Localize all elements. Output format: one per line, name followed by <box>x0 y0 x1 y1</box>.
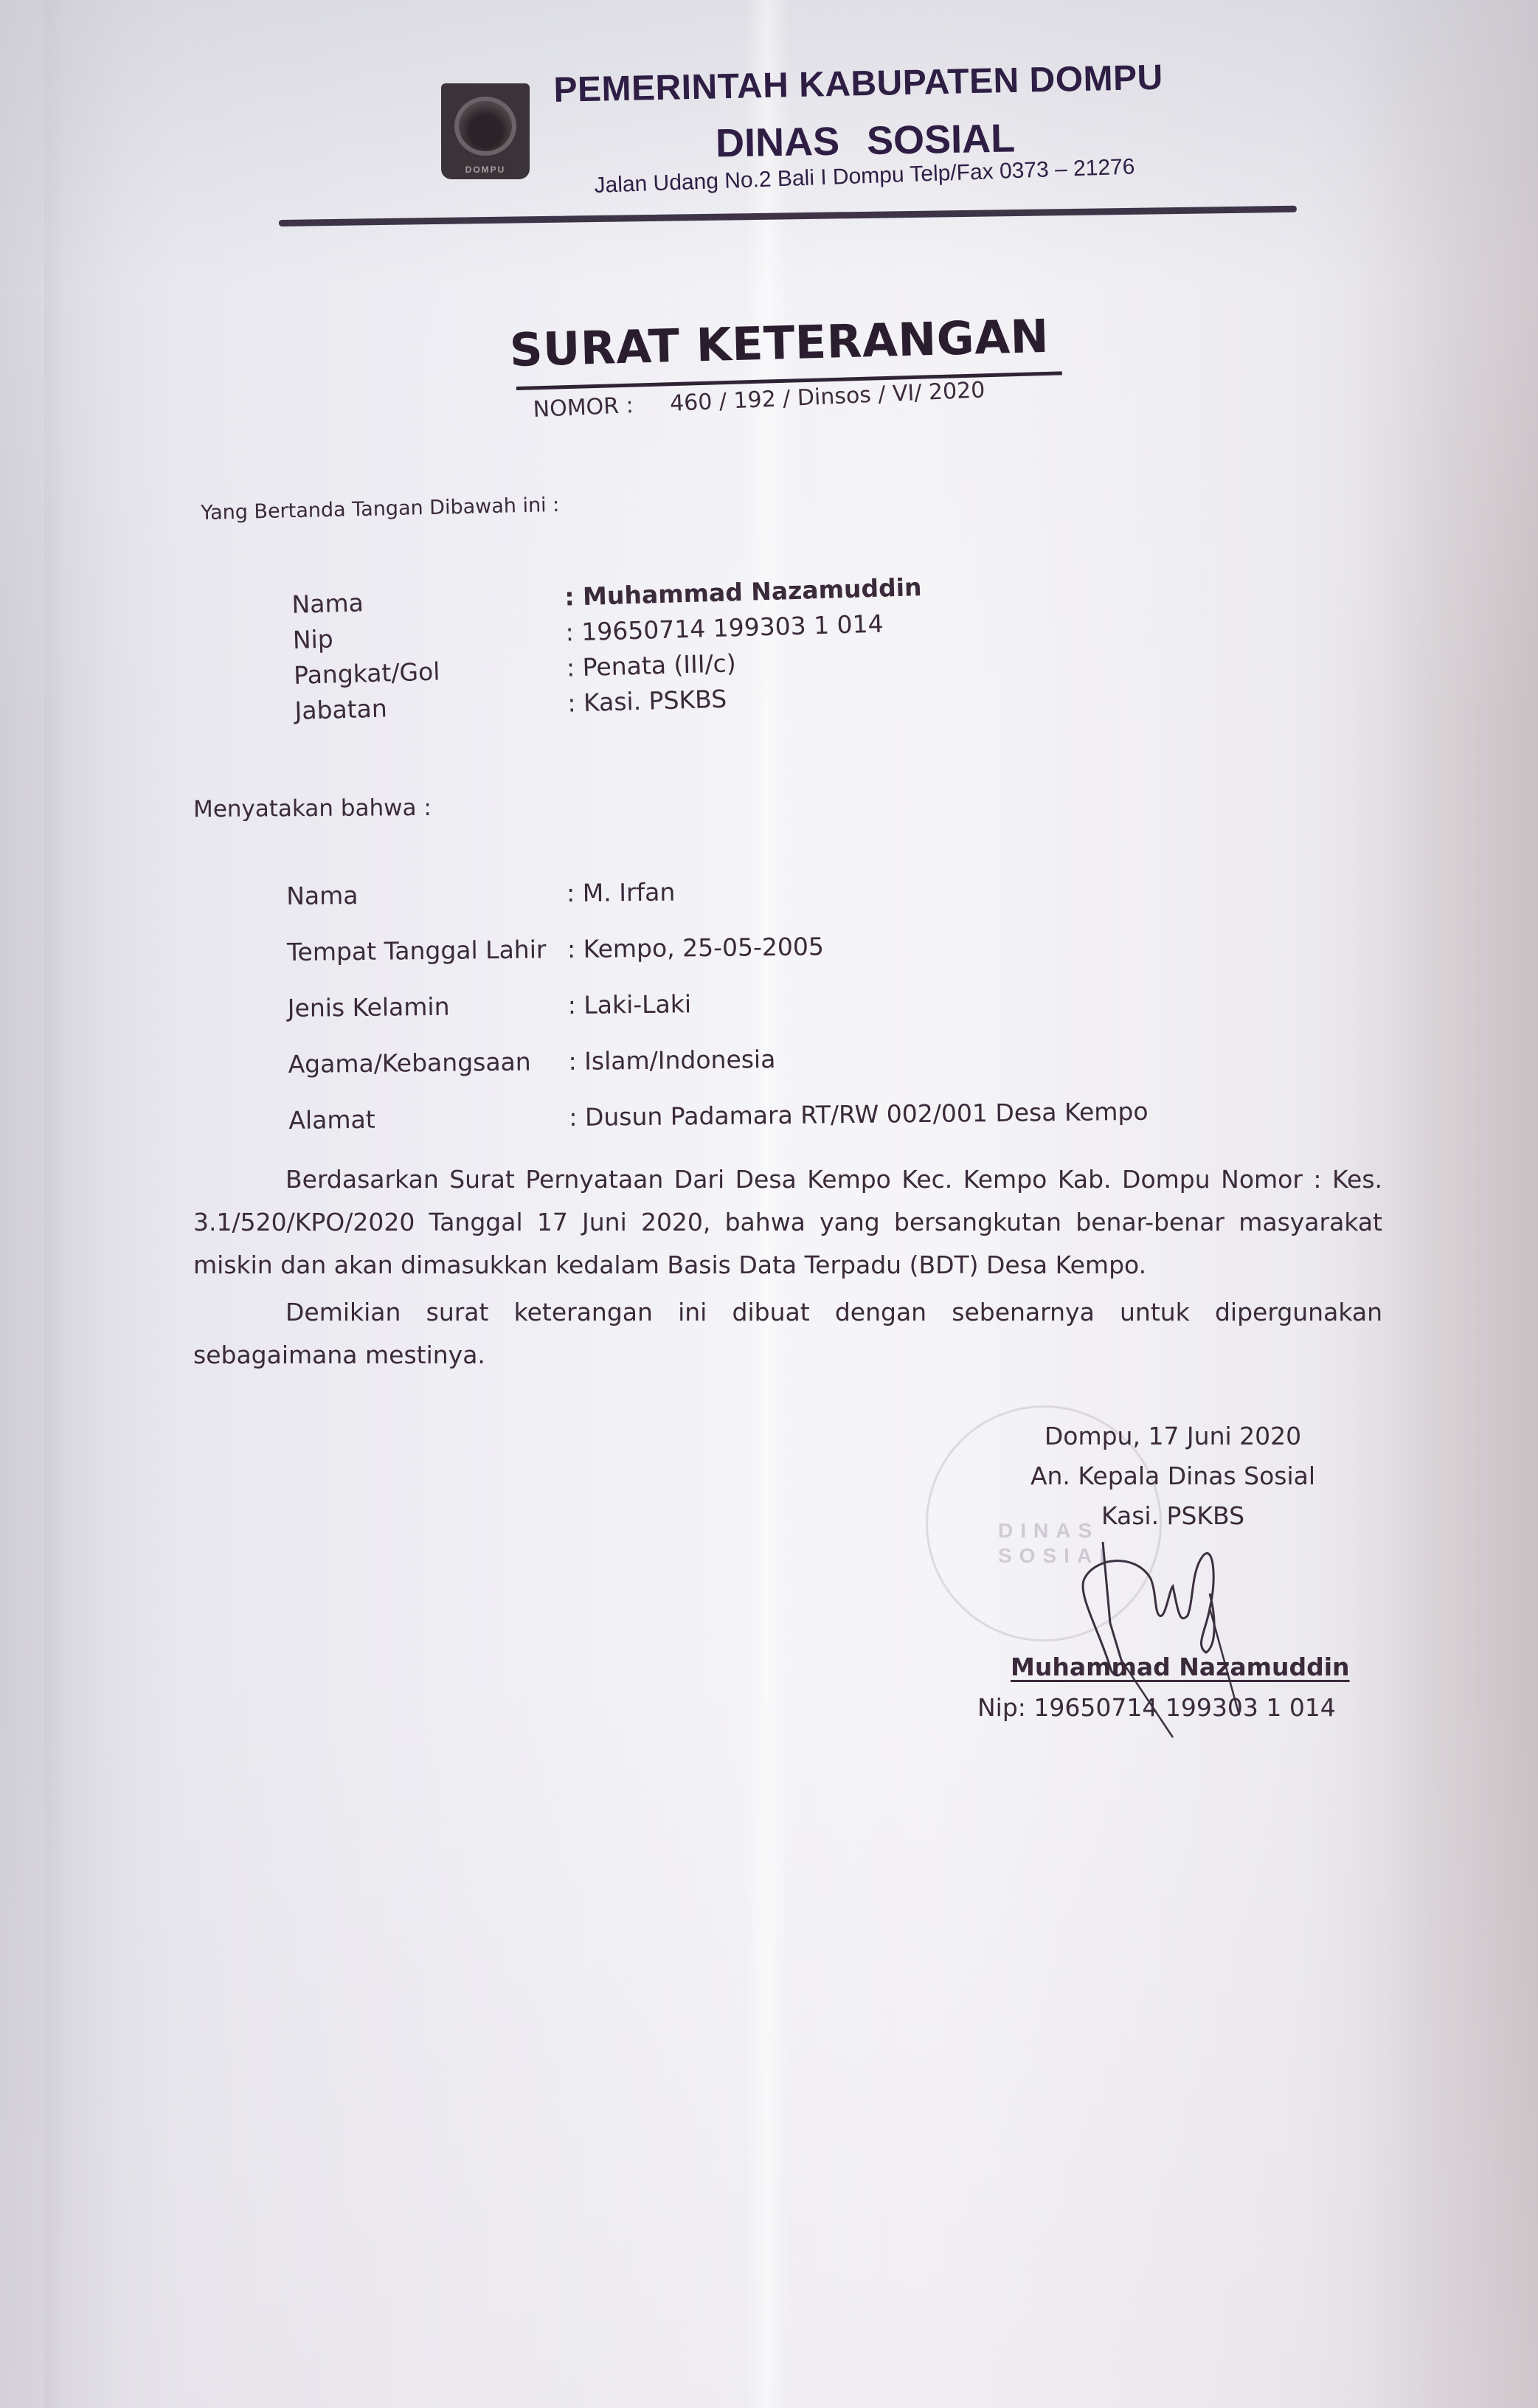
paper-fold <box>44 0 66 2408</box>
subject-row-name: Nama: M. Irfan <box>286 873 1146 938</box>
basis-paragraph: Berdasarkan Surat Pernyataan Dari Desa K… <box>193 1158 1382 1287</box>
field-value: : Islam/Indonesia <box>568 1045 775 1076</box>
subject-details: Nama: M. Irfan Tempat Tanggal Lahir: Kem… <box>286 873 1149 1162</box>
signer-nip: Nip: 19650714 199303 1 014 <box>977 1693 1336 1722</box>
office-name: DINAS SOSIAL <box>715 115 1015 166</box>
field-label: Nama <box>286 879 567 910</box>
signer-name: Muhammad Nazamuddin <box>1011 1653 1350 1681</box>
letterhead: DOMPU PEMERINTAH KABUPATEN DOMPU DINAS S… <box>435 70 1320 255</box>
signatory-details: Nama: Muhammad Nazamuddin Nip: 19650714 … <box>291 572 925 732</box>
place-date: Dompu, 17 Juni 2020 <box>966 1416 1379 1456</box>
field-value: : Kempo, 25-05-2005 <box>567 932 824 963</box>
field-value: : M. Irfan <box>567 877 676 907</box>
signer-position: Kasi. PSKBS <box>966 1496 1379 1536</box>
emblem-label: DOMPU <box>465 165 506 175</box>
closing-paragraph: Demikian surat keterangan ini dibuat den… <box>193 1291 1382 1377</box>
field-label: Jenis Kelamin <box>288 991 568 1023</box>
document-title-block: SURAT KETERANGAN NOMOR : 460 / 192 / Din… <box>509 323 1070 377</box>
field-label: Alamat <box>288 1103 569 1135</box>
regency-emblem-icon: DOMPU <box>441 83 530 179</box>
field-label: Tempat Tanggal Lahir <box>287 935 567 966</box>
field-value: : Dusun Padamara RT/RW 002/001 Desa Kemp… <box>569 1097 1149 1132</box>
field-value: : Kasi. PSKBS <box>567 685 727 718</box>
declaration-text: Menyatakan bahwa : <box>193 795 432 823</box>
subject-row-birth: Tempat Tanggal Lahir: Kempo, 25-05-2005 <box>287 929 1147 994</box>
subject-row-religion: Agama/Kebangsaan: Islam/Indonesia <box>288 1041 1148 1106</box>
field-value: : Penata (III/c) <box>567 648 737 682</box>
subject-row-address: Alamat: Dusun Padamara RT/RW 002/001 Des… <box>288 1097 1149 1162</box>
document-number-label: NOMOR : <box>533 392 634 423</box>
field-value: : Laki-Laki <box>568 989 692 1020</box>
on-behalf-of: An. Kepala Dinas Sosial <box>966 1456 1379 1496</box>
emblem-shield <box>454 97 516 156</box>
signature-block: Dompu, 17 Juni 2020 An. Kepala Dinas Sos… <box>966 1416 1379 1536</box>
subject-row-gender: Jenis Kelamin: Laki-Laki <box>288 985 1148 1050</box>
field-label: Agama/Kebangsaan <box>288 1047 568 1079</box>
